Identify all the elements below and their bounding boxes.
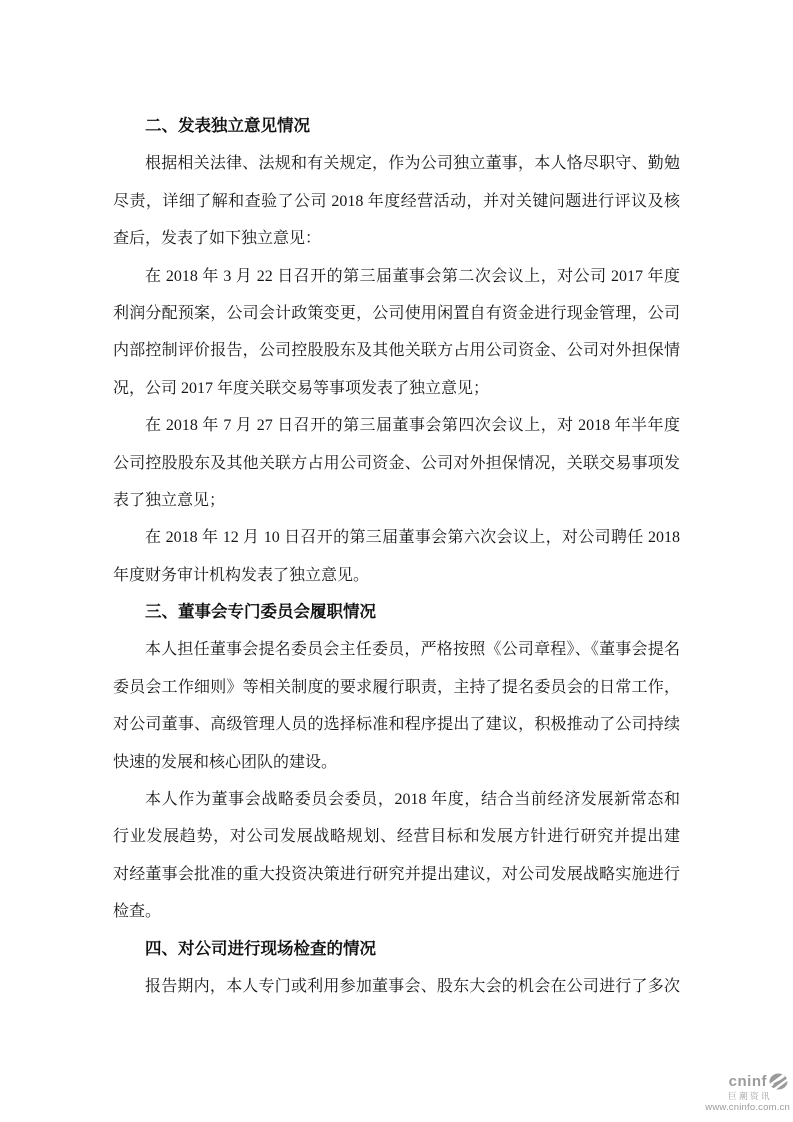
section-heading-3: 三、董事会专门委员会履职情况 — [113, 594, 680, 631]
paragraph-line: 本人担任董事会提名委员会主任委员，严格按照《公司章程》、《董事会提名 — [113, 631, 680, 668]
paragraph-line: 根据相关法律、法规和有关规定，作为公司独立董事，本人恪尽职守、勤勉 — [113, 145, 680, 182]
paragraph-line: 在 2018 年 7 月 27 日召开的第三届董事会第四次会议上，对 2018 … — [113, 407, 680, 444]
paragraph-line: 行业发展趋势，对公司发展战略规划、经营目标和发展方针进行研究并提出建议， — [113, 818, 680, 855]
cninfo-logo-text: cninf — [729, 1074, 767, 1089]
paragraph-line: 报告期内，本人专门或利用参加董事会、股东大会的机会在公司进行了多次 — [113, 968, 680, 1005]
paragraph-line: 尽责，详细了解和查验了公司 2018 年度经营活动，并对关键问题进行评议及核 — [113, 183, 680, 220]
cninfo-watermark: cninf 巨潮资讯 www.cninfo.com.cn — [650, 1073, 790, 1112]
paragraph-line: 表了独立意见； — [113, 482, 680, 519]
paragraph-line: 在 2018 年 3 月 22 日召开的第三届董事会第二次会议上，对公司 201… — [113, 258, 680, 295]
cninfo-brand-chinese: 巨潮资讯 — [650, 1092, 790, 1101]
section-heading-4: 四、对公司进行现场检查的情况 — [113, 931, 680, 968]
paragraph-line: 内部控制评价报告，公司控股股东及其他关联方占用公司资金、公司对外担保情 — [113, 332, 680, 369]
paragraph-line: 查后，发表了如下独立意见： — [113, 220, 680, 257]
paragraph-line: 年度财务审计机构发表了独立意见。 — [113, 557, 680, 594]
cninfo-logo: cninf — [650, 1073, 790, 1090]
paragraph-line: 对经董事会批准的重大投资决策进行研究并提出建议，对公司发展战略实施进行 — [113, 856, 680, 893]
paragraph-line: 快速的发展和核心团队的建设。 — [113, 744, 680, 781]
section-heading-2: 二、发表独立意见情况 — [113, 108, 680, 145]
document-body: 二、发表独立意见情况 根据相关法律、法规和有关规定，作为公司独立董事，本人恪尽职… — [113, 108, 680, 1005]
cninfo-url: www.cninfo.com.cn — [650, 1103, 790, 1113]
paragraph-line: 利润分配预案，公司会计政策变更，公司使用闲置自有资金进行现金管理，公司 — [113, 295, 680, 332]
paragraph-line: 在 2018 年 12 月 10 日召开的第三届董事会第六次会议上，对公司聘任 … — [113, 519, 680, 556]
cninfo-swirl-icon — [769, 1073, 788, 1090]
paragraph-line: 本人作为董事会战略委员会委员，2018 年度，结合当前经济发展新常态和 — [113, 781, 680, 818]
paragraph-line: 公司控股股东及其他关联方占用公司资金、公司对外担保情况，关联交易事项发 — [113, 445, 680, 482]
document-page: 二、发表独立意见情况 根据相关法律、法规和有关规定，作为公司独立董事，本人恪尽职… — [0, 0, 793, 1122]
paragraph-line: 况，公司 2017 年度关联交易等事项发表了独立意见； — [113, 370, 680, 407]
paragraph-line: 对公司董事、高级管理人员的选择标准和程序提出了建议，积极推动了公司持续 — [113, 706, 680, 743]
paragraph-line: 委员会工作细则》等相关制度的要求履行职责，主持了提名委员会的日常工作， — [113, 669, 680, 706]
paragraph-line: 检查。 — [113, 893, 680, 930]
